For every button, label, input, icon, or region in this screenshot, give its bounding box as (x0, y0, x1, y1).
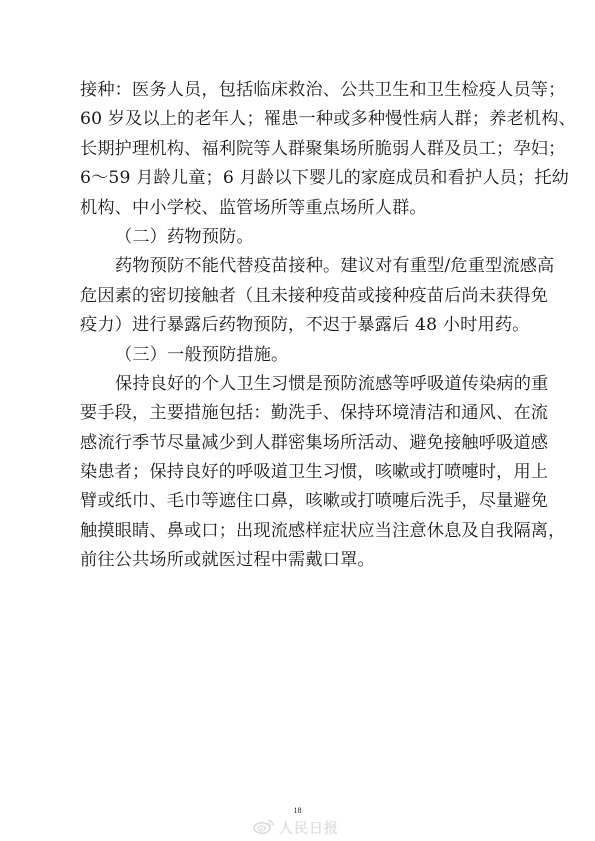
text-line: 60 岁及以上的老年人；罹患一种或多种慢性病人群；养老机构、 (80, 105, 514, 134)
section-heading-general-prevention: （三）一般预防措施。 (80, 341, 514, 370)
paragraph-start: 药物预防不能代替疫苗接种。建议对有重型/危重型流感高 (80, 252, 514, 281)
paragraph-start: 保持良好的个人卫生习惯是预防流感等呼吸道传染病的重 (80, 370, 514, 399)
text-line: 机构、中小学校、监管场所等重点场所人群。 (80, 194, 514, 223)
text-line: 长期护理机构、福利院等人群聚集场所脆弱人群及员工；孕妇； (80, 135, 514, 164)
text-line: 触摸眼睛、鼻或口；出现流感样症状应当注意休息及自我隔离， (80, 517, 514, 546)
section-heading-drug-prevention: （二）药物预防。 (80, 223, 514, 252)
text-line: 危因素的密切接触者（且未接种疫苗或接种疫苗后尚未获得免 (80, 282, 514, 311)
text-line: 染患者；保持良好的呼吸道卫生习惯，咳嗽或打喷嚏时，用上 (80, 458, 514, 487)
text-line: 接种：医务人员，包括临床救治、公共卫生和卫生检疫人员等； (80, 76, 514, 105)
text-line: 疫力）进行暴露后药物预防，不迟于暴露后 48 小时用药。 (80, 311, 514, 340)
watermark: 人民日报 (253, 818, 339, 838)
text-line: 感流行季节尽量减少到人群密集场所活动、避免接触呼吸道感 (80, 429, 514, 458)
text-line: 前往公共场所或就医过程中需戴口罩。 (80, 546, 514, 575)
watermark-text: 人民日报 (279, 818, 339, 838)
text-line: 臂或纸巾、毛巾等遮住口鼻，咳嗽或打喷嚏后洗手，尽量避免 (80, 487, 514, 516)
text-line: 要手段，主要措施包括：勤洗手、保持环境清洁和通风、在流 (80, 399, 514, 428)
document-body: 接种：医务人员，包括临床救治、公共卫生和卫生检疫人员等； 60 岁及以上的老年人… (80, 76, 514, 576)
page-number: 18 (0, 806, 595, 815)
text-line: 6～59 月龄儿童；6 月龄以下婴儿的家庭成员和看护人员；托幼 (80, 164, 514, 193)
weibo-icon (253, 818, 275, 838)
